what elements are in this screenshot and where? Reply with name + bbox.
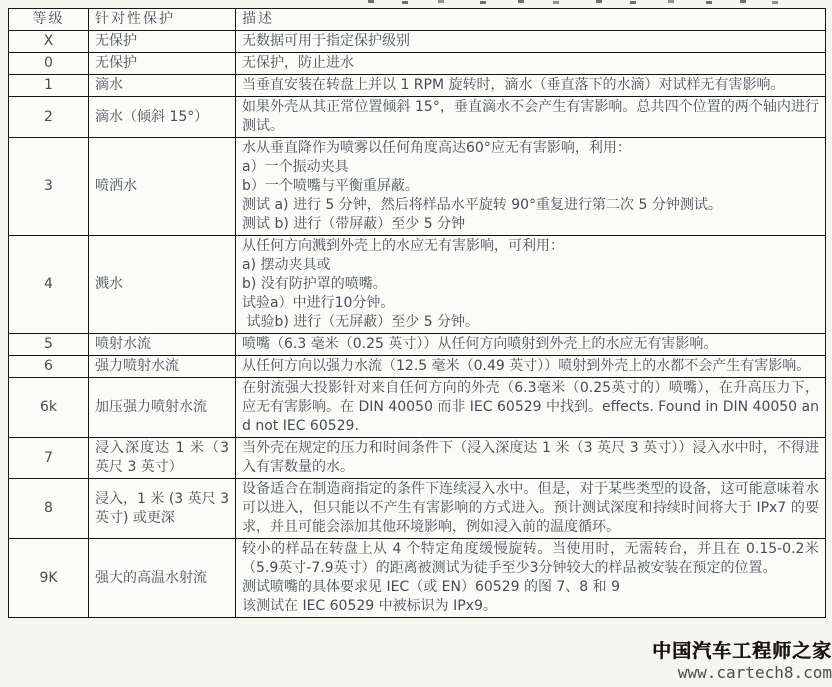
level-cell: 0 [9, 53, 89, 75]
description-line: 试验a）中进行10分钟。 [242, 294, 819, 313]
description-line: 当垂直安装在转盘上并以 1 RPM 旋转时，滴水（垂直落下的水滴）对试样无有害影… [242, 76, 819, 95]
description-line: 从任何方向溅到外壳上的水应无有害影响，可利用： [242, 237, 819, 256]
description-line: 水从垂直降作为喷雾以任何角度高达60°应无有害影响，利用： [242, 139, 819, 158]
level-cell: 4 [9, 236, 89, 334]
page: 等级 针对性保护 描述 X无保护无数据可用于指定保护级别0无保护无保护，防止进水… [0, 0, 832, 687]
description-cell: 无保护，防止进水 [236, 53, 826, 75]
table-row: 3喷洒水水从垂直降作为喷雾以任何角度高达60°应无有害影响，利用：a）一个振动夹… [9, 138, 826, 236]
protection-cell: 无保护 [89, 53, 236, 75]
protection-cell: 滴水（倾斜 15°） [89, 97, 236, 138]
level-cell: 3 [9, 138, 89, 236]
table-row: 0无保护无保护，防止进水 [9, 53, 826, 75]
table-row: X无保护无数据可用于指定保护级别 [9, 31, 826, 53]
level-cell: 8 [9, 479, 89, 539]
level-cell: 7 [9, 438, 89, 479]
description-line: a) 摆动夹具或 [242, 256, 819, 275]
description-cell: 从任何方向以强力水流（12.5 毫米（0.49 英寸））喷射到外壳上的水都不会产… [236, 356, 826, 378]
description-line: 该测试在 IEC 60529 中被标识为 IPx9。 [242, 597, 819, 616]
description-cell: 在射流强大投影针对来自任何方向的外壳（6.3毫米（0.25英寸的）喷嘴），在升高… [236, 378, 826, 438]
table-row: 5喷射水流喷嘴（6.3 毫米（0.25 英寸））从任何方向喷射到外壳上的水应无有… [9, 334, 826, 356]
description-line: 喷嘴（6.3 毫米（0.25 英寸））从任何方向喷射到外壳上的水应无有害影响。 [242, 335, 819, 354]
watermark-site-name: 中国汽车工程师之家 [652, 639, 832, 663]
description-line: 从任何方向以强力水流（12.5 毫米（0.49 英寸））喷射到外壳上的水都不会产… [242, 357, 819, 376]
protection-cell: 强力喷射水流 [89, 356, 236, 378]
description-cell: 喷嘴（6.3 毫米（0.25 英寸））从任何方向喷射到外壳上的水应无有害影响。 [236, 334, 826, 356]
protection-cell: 溅水 [89, 236, 236, 334]
description-cell: 水从垂直降作为喷雾以任何角度高达60°应无有害影响，利用：a）一个振动夹具b）一… [236, 138, 826, 236]
watermark-url: www.cartech8.com [652, 663, 832, 683]
watermark: 中国汽车工程师之家 www.cartech8.com [652, 639, 832, 683]
level-cell: X [9, 31, 89, 53]
header-description: 描述 [236, 9, 826, 31]
cut-off-text-fragments [368, 0, 374, 3]
ip-water-protection-table: 等级 针对性保护 描述 X无保护无数据可用于指定保护级别0无保护无保护，防止进水… [8, 8, 826, 618]
description-line: 试验b) 进行（无屏蔽）至少 5 分钟。 [242, 313, 819, 332]
protection-cell: 浸入，1 米 (3 英尺 3 英寸) 或更深 [89, 479, 236, 539]
description-cell: 当垂直安装在转盘上并以 1 RPM 旋转时，滴水（垂直落下的水滴）对试样无有害影… [236, 75, 826, 97]
description-cell: 无数据可用于指定保护级别 [236, 31, 826, 53]
protection-cell: 强大的高温水射流 [89, 539, 236, 618]
description-line: b）一个喷嘴与平衡重屏蔽。 [242, 177, 819, 196]
description-line: b) 没有防护罩的喷嘴。 [242, 275, 819, 294]
description-line: 无数据可用于指定保护级别 [242, 32, 819, 51]
description-line: 如果外壳从其正常位置倾斜 15°，垂直滴水不会产生有害影响。总共四个位置的两个轴… [242, 98, 819, 136]
table-row: 4溅水从任何方向溅到外壳上的水应无有害影响，可利用：a) 摆动夹具或b) 没有防… [9, 236, 826, 334]
description-line: a）一个振动夹具 [242, 158, 819, 177]
description-cell: 当外壳在规定的压力和时间条件下（浸入深度达 1 米（3 英尺 3 英寸））浸入水… [236, 438, 826, 479]
protection-cell: 喷射水流 [89, 334, 236, 356]
protection-cell: 滴水 [89, 75, 236, 97]
level-cell: 6k [9, 378, 89, 438]
protection-cell: 无保护 [89, 31, 236, 53]
protection-cell: 浸入深度达 1 米（3 英尺 3 英寸） [89, 438, 236, 479]
description-cell: 设备适合在制造商指定的条件下连续浸入水中。但是，对于某些类型的设备，这可能意味着… [236, 479, 826, 539]
description-cell: 从任何方向溅到外壳上的水应无有害影响，可利用：a) 摆动夹具或b) 没有防护罩的… [236, 236, 826, 334]
header-protection: 针对性保护 [89, 9, 236, 31]
table-row: 6强力喷射水流从任何方向以强力水流（12.5 毫米（0.49 英寸））喷射到外壳… [9, 356, 826, 378]
description-line: 设备适合在制造商指定的条件下连续浸入水中。但是，对于某些类型的设备，这可能意味着… [242, 480, 819, 537]
header-row: 等级 针对性保护 描述 [9, 9, 826, 31]
description-line: 当外壳在规定的压力和时间条件下（浸入深度达 1 米（3 英尺 3 英寸））浸入水… [242, 439, 819, 477]
protection-cell: 喷洒水 [89, 138, 236, 236]
level-cell: 9K [9, 539, 89, 618]
description-cell: 如果外壳从其正常位置倾斜 15°，垂直滴水不会产生有害影响。总共四个位置的两个轴… [236, 97, 826, 138]
header-level: 等级 [9, 9, 89, 31]
description-line: 测试 b) 进行（带屏蔽）至少 5 分钟 [242, 215, 819, 234]
table-row: 9K强大的高温水射流较小的样品在转盘上从 4 个特定角度缓慢旋转。当使用时，无需… [9, 539, 826, 618]
description-line: 测试 a) 进行 5 分钟，然后将样品水平旋转 90°重复进行第二次 5 分钟测… [242, 196, 819, 215]
description-cell: 较小的样品在转盘上从 4 个特定角度缓慢旋转。当使用时，无需转台，并且在 0.1… [236, 539, 826, 618]
description-line: 在射流强大投影针对来自任何方向的外壳（6.3毫米（0.25英寸的）喷嘴），在升高… [242, 379, 819, 436]
table-row: 1滴水当垂直安装在转盘上并以 1 RPM 旋转时，滴水（垂直落下的水滴）对试样无… [9, 75, 826, 97]
description-line: 测试喷嘴的具体要求见 IEC（或 EN）60529 的图 7、8 和 9 [242, 578, 819, 597]
level-cell: 1 [9, 75, 89, 97]
table-row: 7浸入深度达 1 米（3 英尺 3 英寸）当外壳在规定的压力和时间条件下（浸入深… [9, 438, 826, 479]
table-row: 6k加压强力喷射水流在射流强大投影针对来自任何方向的外壳（6.3毫米（0.25英… [9, 378, 826, 438]
level-cell: 5 [9, 334, 89, 356]
level-cell: 2 [9, 97, 89, 138]
description-line: 较小的样品在转盘上从 4 个特定角度缓慢旋转。当使用时，无需转台，并且在 0.1… [242, 540, 819, 578]
protection-cell: 加压强力喷射水流 [89, 378, 236, 438]
level-cell: 6 [9, 356, 89, 378]
description-line: 无保护，防止进水 [242, 54, 819, 73]
table-row: 8浸入，1 米 (3 英尺 3 英寸) 或更深设备适合在制造商指定的条件下连续浸… [9, 479, 826, 539]
table-row: 2滴水（倾斜 15°）如果外壳从其正常位置倾斜 15°，垂直滴水不会产生有害影响… [9, 97, 826, 138]
